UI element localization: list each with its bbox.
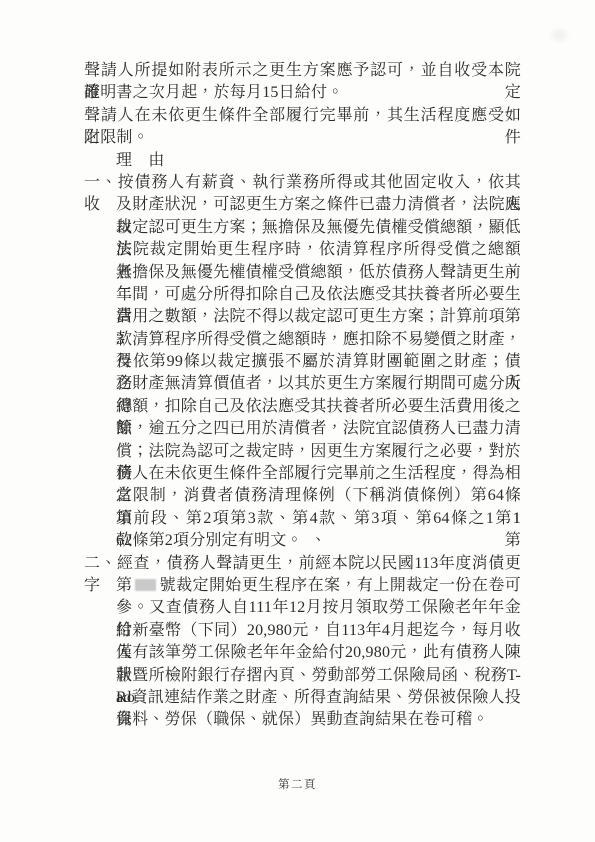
document-body: 聲請人所提如附表所示之更生方案應予認可，並自收受本院確定證明書之次月起，於每月1… [84, 60, 521, 732]
document-line: 之財產無清算價值者，以其於更生方案履行期間可處分所得 [84, 373, 521, 395]
document-line: 法院裁定開始更生程序時，依清算程序所得受償之總額者、 [84, 239, 521, 261]
document-line: 聲請人在未依更生條件全部履行完畢前，其生活程度應受如附件 [84, 105, 521, 127]
section-2-start: 二、經查，債務人聲請更生，前經本院以民國113年度消債更字 [84, 553, 521, 575]
line-with-redacted-case-number: 第號裁定開始更生程序在案，有上開裁定一份在卷可 [84, 575, 521, 597]
document-line: 費用之數額，法院不得以裁定認可更生方案；計算前項第3 [84, 306, 521, 328]
document-line: 聲請人所提如附表所示之更生方案應予認可，並自收受本院確定 [84, 60, 521, 82]
line-text: 第 [116, 577, 132, 594]
redaction-box [135, 579, 156, 591]
document-line: 額，逾五分之四已用於清償者，法院宜認債務人已盡力清 [84, 418, 521, 440]
reasons-heading: 理 由 [84, 150, 521, 172]
document-line: 之限制，消費者債務清理條例（下稱消債條例）第64條第1 [84, 485, 521, 507]
document-line: 項前段、第2項第3款、第4款、第3項、第64條之1第1款、第 [84, 508, 521, 530]
document-line: 狀暨所檢附銀行存摺內頁、勞動部勞工保險局函、稅務T-Ro [84, 665, 521, 687]
document-line: 資料、勞保（職保、就保）異動查詢結果在卷可稽。 [84, 709, 521, 731]
document-line: 款清算程序所得受償之總額時，應扣除不易變價之財產，及 [84, 329, 521, 351]
document-line: ad資訊連結作業之財產、所得查詢結果、勞保被保險人投保 [84, 687, 521, 709]
document-line: 償；法院為認可之裁定時，因更生方案履行之必要，對於債 [84, 441, 521, 463]
document-line: 僅有該筆勞工保險老年年金給付20,980元，此有債務人陳報 [84, 642, 521, 664]
document-line: 總額，扣除自己及依法應受其扶養者所必要生活費用後之餘 [84, 396, 521, 418]
document-line: 參。又查債務人自111年12月按月領取勞工保險老年年金給 [84, 597, 521, 619]
document-line: 年間，可處分所得扣除自己及依法應受其扶養者所必要生活 [84, 284, 521, 306]
document-page: 聲請人所提如附表所示之更生方案應予認可，並自收受本院確定證明書之次月起，於每月1… [0, 0, 595, 842]
section-1-start: 一、按債務人有薪資、執行業務所得或其他固定收入，依其收入 [84, 172, 521, 194]
scan-smudge [552, 29, 567, 41]
page-number: 第二頁 [0, 776, 595, 792]
document-line: 無擔保及無優先權債權受償總額，低於債務人聲請更生前二 [84, 262, 521, 284]
document-line: 付新臺幣（下同）20,980元，自113年4月起迄今，每月收入 [84, 620, 521, 642]
document-line: 務人在未依更生條件全部履行完畢前之生活程度，得為相當 [84, 463, 521, 485]
document-line: 得依第99條以裁定擴張不屬於清算財團範圍之財產；債務人 [84, 351, 521, 373]
document-line: 及財產狀況，可認更生方案之條件已盡力清償者，法院應以 [84, 194, 521, 216]
line-text: 號裁定開始更生程序在案，有上開裁定一份在卷可 [159, 577, 521, 594]
document-line: 裁定認可更生方案；無擔保及無優先債權受償總額，顯低於 [84, 217, 521, 239]
